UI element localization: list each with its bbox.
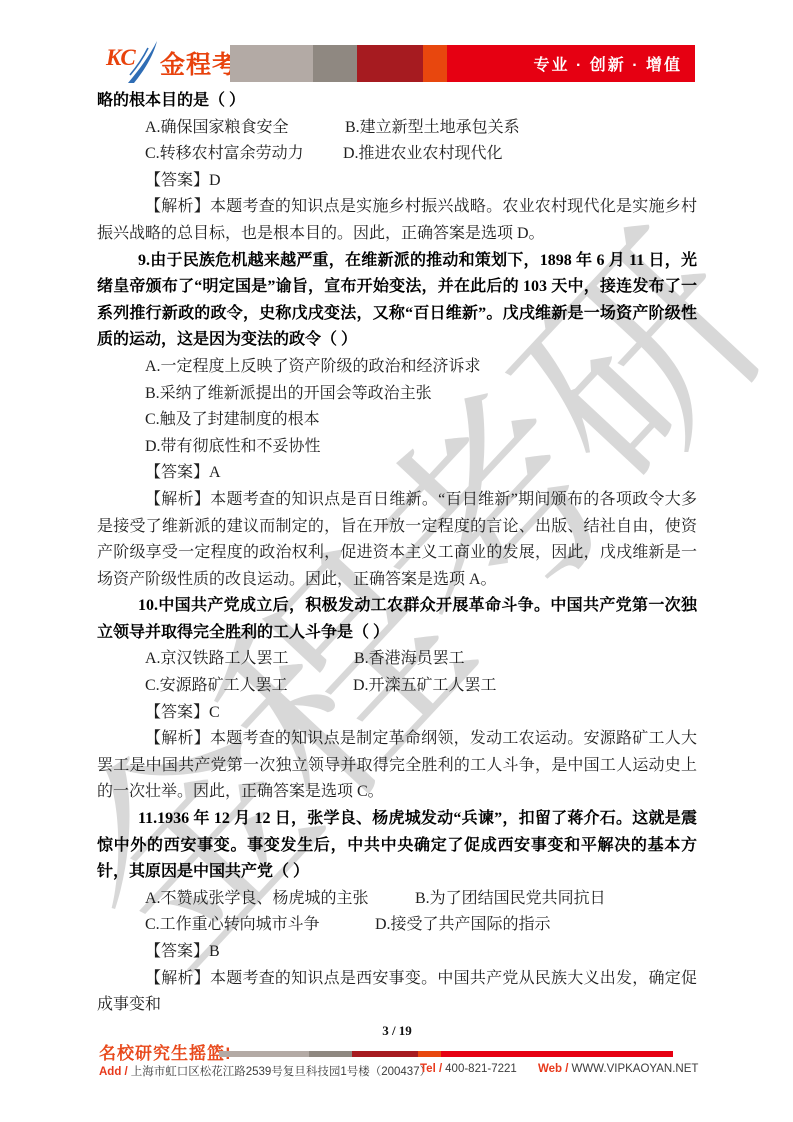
banner-segment-mid-gray bbox=[313, 45, 357, 82]
option-item: D.接受了共产国际的指示 bbox=[375, 916, 551, 933]
analysis-paragraph: 【解析】本题考查的知识点是百日维新。“百日维新”期间颁布的各项政令大多是接受了维… bbox=[97, 487, 697, 593]
answer-line: 【答案】A bbox=[97, 460, 697, 487]
options-grid: A.确保国家粮食安全B.建立新型土地承包关系C.转移农村富余劳动力D.推进农业农… bbox=[97, 115, 697, 168]
footer-slogan: 名校研究生摇篮! bbox=[99, 1039, 232, 1064]
option-row: C.转移农村富余劳动力D.推进农业农村现代化 bbox=[97, 141, 697, 168]
banner-segment-light-gray bbox=[230, 45, 313, 82]
option-item: A.京汉铁路工人罢工 bbox=[145, 646, 354, 673]
question-stem: 10.中国共产党成立后，积极发动工农群众开展革命斗争。中国共产党第一次独立领导并… bbox=[97, 593, 697, 646]
option-item: B.为了团结国民党共同抗日 bbox=[415, 890, 606, 907]
options-list: A.一定程度上反映了资产阶级的政治和经济诉求B.采纳了维新派提出的开国会等政治主… bbox=[97, 354, 697, 460]
option-item: C.安源路矿工人罢工 bbox=[145, 673, 353, 700]
banner-segment-dark-red bbox=[357, 45, 423, 82]
option-item: B.采纳了维新派提出的开国会等政治主张 bbox=[97, 381, 697, 408]
footer-segment-orange bbox=[418, 1051, 441, 1057]
address-label: Add / bbox=[99, 1066, 128, 1078]
footer-segment-mid-gray bbox=[309, 1051, 352, 1057]
footer-segment-red bbox=[441, 1051, 673, 1057]
header-banner: 专业 · 创新 · 增值 bbox=[230, 45, 695, 82]
option-item: A.一定程度上反映了资产阶级的政治和经济诉求 bbox=[97, 354, 697, 381]
footer-segment-dark-red bbox=[352, 1051, 418, 1057]
address-value: 上海市虹口区松花江路2539号复旦科技园1号楼（200437） bbox=[131, 1066, 431, 1078]
answer-line: 【答案】C bbox=[97, 700, 697, 727]
option-item: C.工作重心转向城市斗争 bbox=[145, 912, 375, 939]
banner-segment-red: 专业 · 创新 · 增值 bbox=[447, 45, 695, 82]
option-row: A.确保国家粮食安全B.建立新型土地承包关系 bbox=[97, 115, 697, 142]
option-item: B.建立新型土地承包关系 bbox=[345, 119, 520, 136]
contact-phone: Tel /400-821-7221 bbox=[420, 1063, 517, 1075]
banner-segment-orange bbox=[423, 45, 447, 82]
document-page: KC 金程考研 专业 · 创新 · 增值 金程考研 略的根本目的是（ ）A.确保… bbox=[0, 0, 793, 1122]
analysis-paragraph: 【解析】本题考查的知识点是制定革命纲领，发动工农运动。安源路矿工人大罢工是中国共… bbox=[97, 726, 697, 806]
question-stem: 9.由于民族危机越来越严重，在维新派的推动和策划下，1898 年 6 月 11 … bbox=[97, 248, 697, 354]
option-row: C.安源路矿工人罢工D.开滦五矿工人罢工 bbox=[97, 673, 697, 700]
logo-mark: KC bbox=[106, 41, 160, 85]
footer-segment-light-gray bbox=[219, 1051, 309, 1057]
header-slogan: 专业 · 创新 · 增值 bbox=[534, 52, 682, 75]
footer-contact: Add /上海市虹口区松花江路2539号复旦科技园1号楼（200437） Tel… bbox=[0, 1063, 793, 1079]
feather-swoosh-icon bbox=[127, 41, 159, 85]
option-item: D.开滦五矿工人罢工 bbox=[353, 677, 497, 694]
option-row: A.京汉铁路工人罢工B.香港海员罢工 bbox=[97, 646, 697, 673]
analysis-paragraph: 【解析】本题考查的知识点是实施乡村振兴战略。农业农村现代化是实施乡村振兴战略的总… bbox=[97, 194, 697, 247]
options-grid: A.不赞成张学良、杨虎城的主张B.为了团结国民党共同抗日C.工作重心转向城市斗争… bbox=[97, 886, 697, 939]
option-item: B.香港海员罢工 bbox=[354, 650, 465, 667]
option-item: D.推进农业农村现代化 bbox=[343, 145, 503, 162]
page-number: 3 / 19 bbox=[97, 1023, 697, 1039]
website-value: WWW.VIPKAOYAN.NET bbox=[571, 1063, 698, 1075]
contact-address: Add /上海市虹口区松花江路2539号复旦科技园1号楼（200437） bbox=[99, 1063, 431, 1079]
document-body: 略的根本目的是（ ）A.确保国家粮食安全B.建立新型土地承包关系C.转移农村富余… bbox=[97, 88, 697, 1019]
question-stem: 11.1936 年 12 月 12 日，张学良、杨虎城发动“兵谏”，扣留了蒋介石… bbox=[97, 806, 697, 886]
phone-label: Tel / bbox=[420, 1063, 442, 1075]
question-stem: 略的根本目的是（ ） bbox=[97, 88, 697, 115]
option-item: A.不赞成张学良、杨虎城的主张 bbox=[145, 886, 415, 913]
contact-website: Web /WWW.VIPKAOYAN.NET bbox=[538, 1063, 698, 1075]
footer-bar bbox=[219, 1051, 673, 1057]
option-item: C.触及了封建制度的根本 bbox=[97, 407, 697, 434]
option-item: C.转移农村富余劳动力 bbox=[145, 141, 343, 168]
option-item: D.带有彻底性和不妥协性 bbox=[97, 434, 697, 461]
analysis-paragraph: 【解析】本题考查的知识点是西安事变。中国共产党从民族大义出发，确定促成事变和 bbox=[97, 966, 697, 1019]
answer-line: 【答案】D bbox=[97, 168, 697, 195]
phone-value: 400-821-7221 bbox=[445, 1063, 517, 1075]
website-label: Web / bbox=[538, 1063, 568, 1075]
options-grid: A.京汉铁路工人罢工B.香港海员罢工C.安源路矿工人罢工D.开滦五矿工人罢工 bbox=[97, 646, 697, 699]
option-row: A.不赞成张学良、杨虎城的主张B.为了团结国民党共同抗日 bbox=[97, 886, 697, 913]
option-row: C.工作重心转向城市斗争D.接受了共产国际的指示 bbox=[97, 912, 697, 939]
answer-line: 【答案】B bbox=[97, 939, 697, 966]
option-item: A.确保国家粮食安全 bbox=[145, 115, 345, 142]
